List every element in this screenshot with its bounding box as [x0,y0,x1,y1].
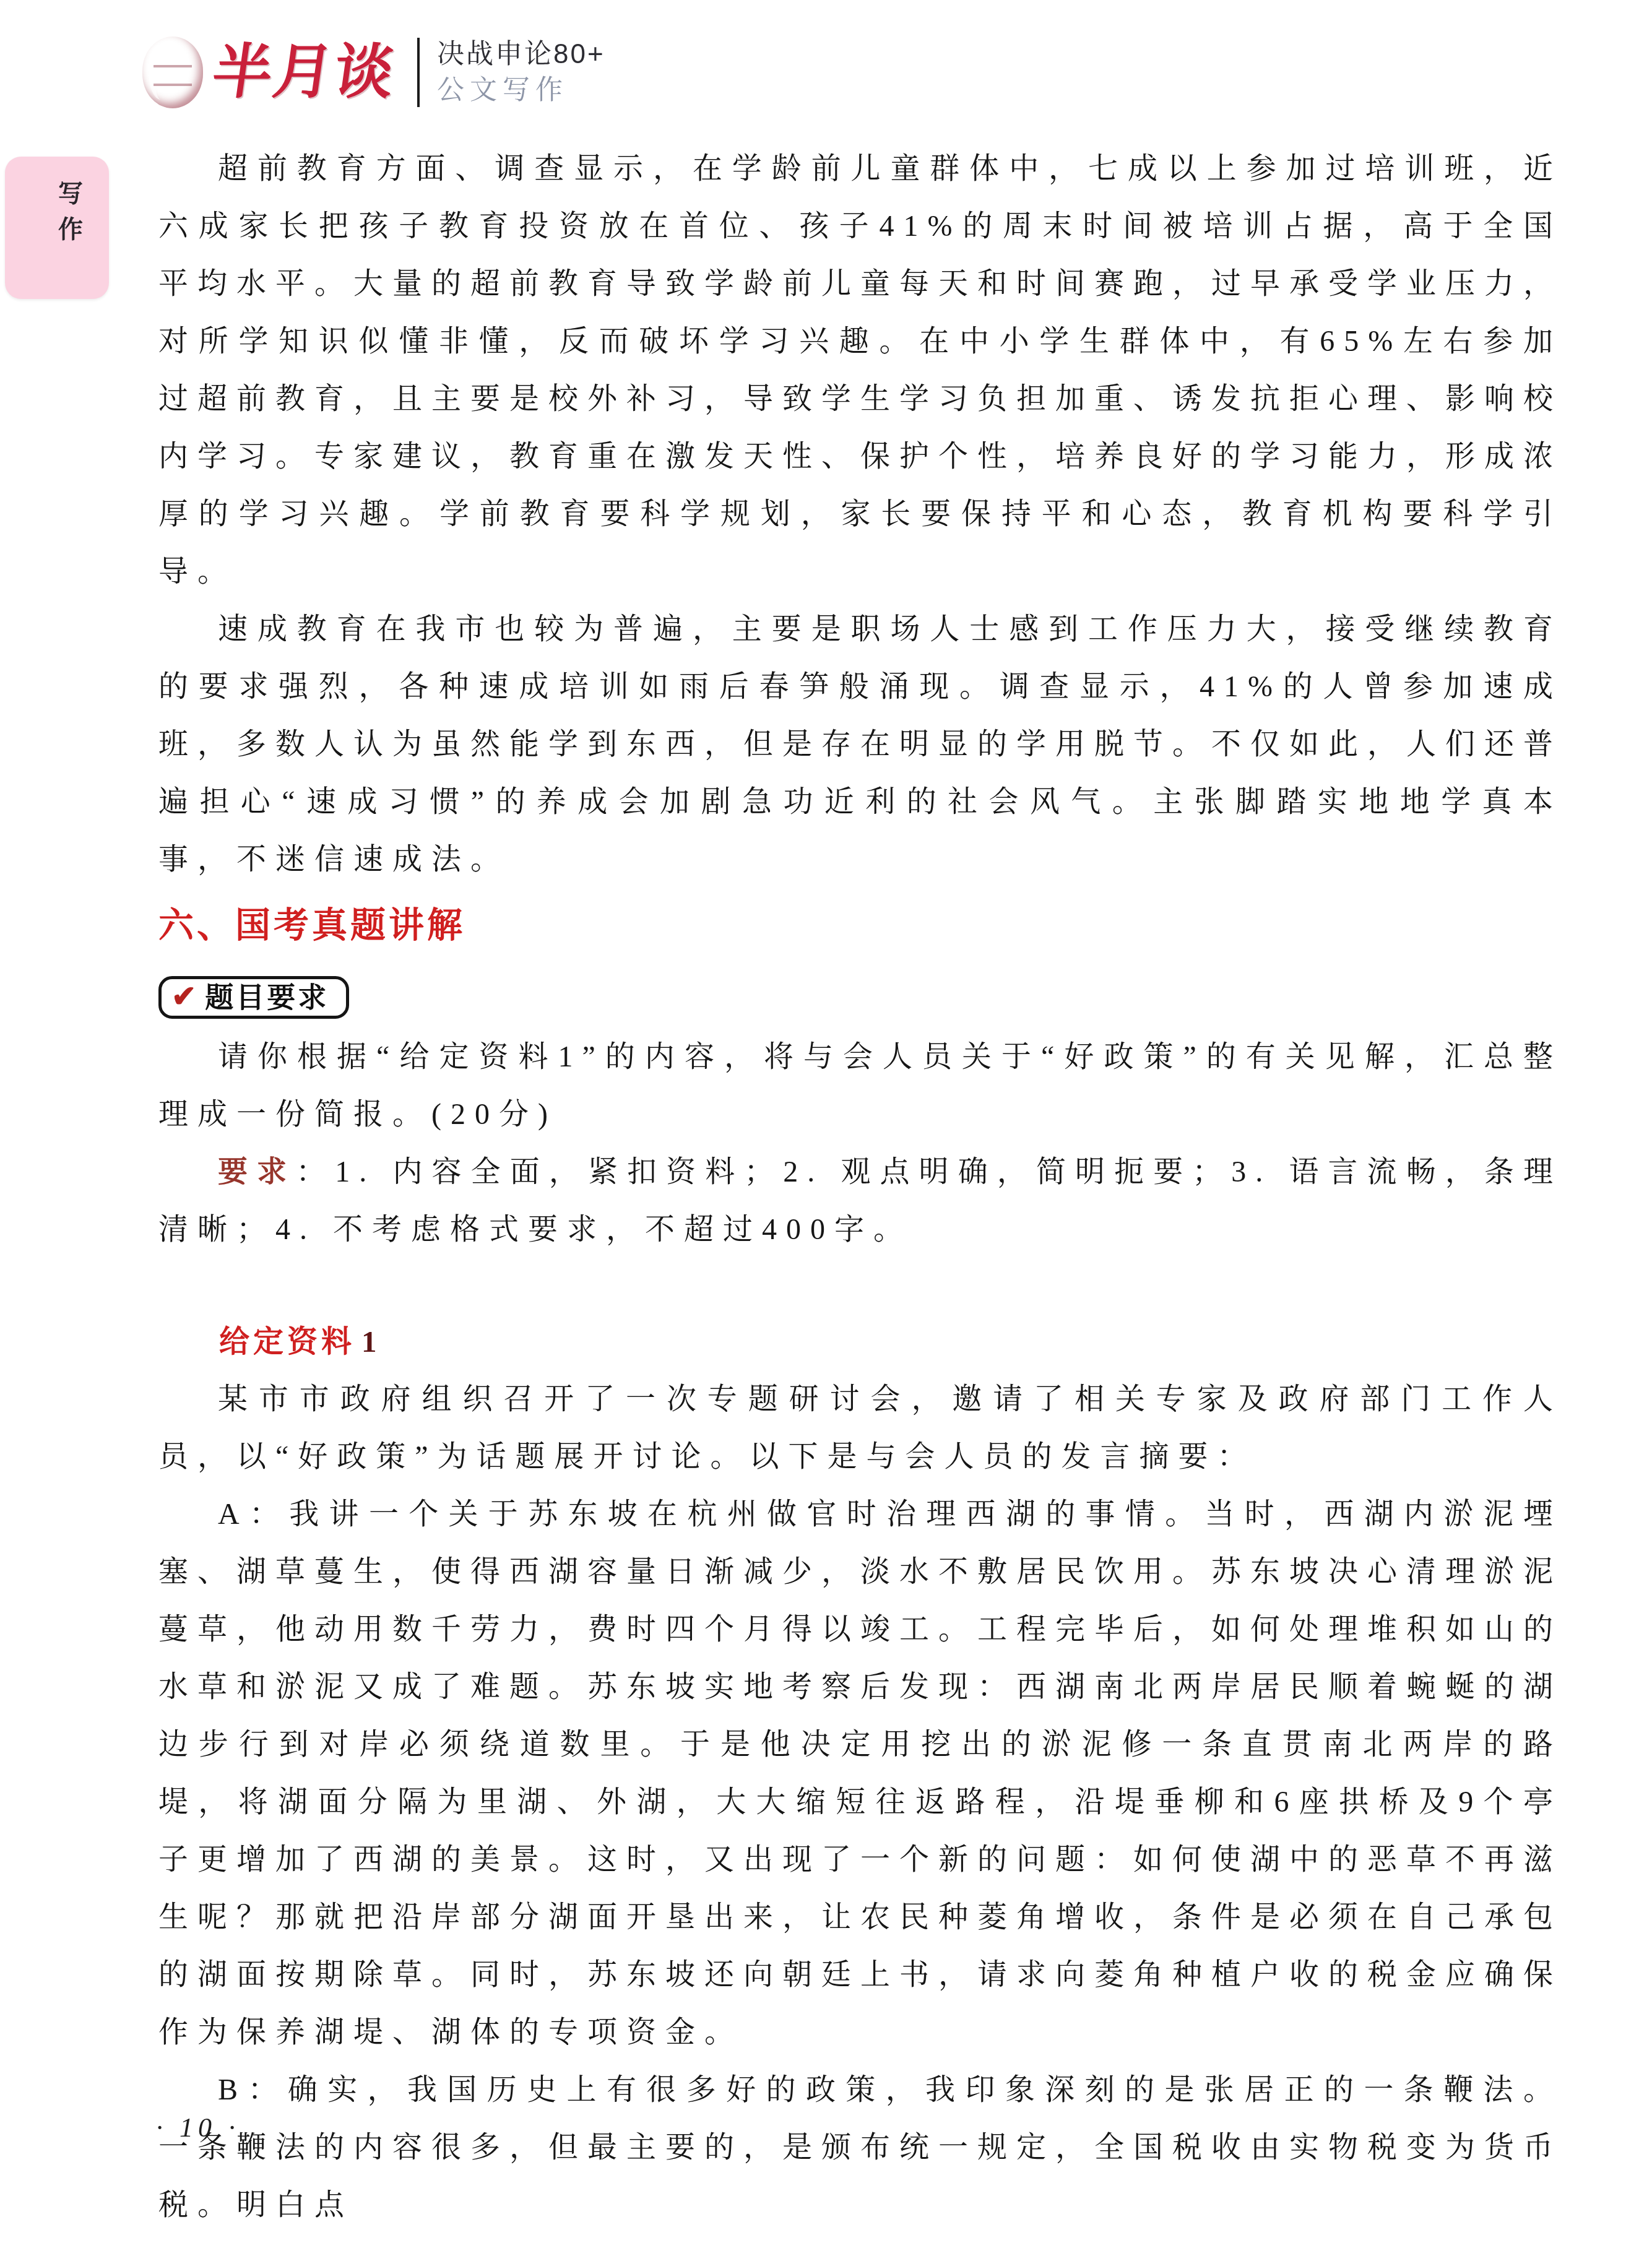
question-block: 请你根据“给定资料1”的内容，将与会人员关于“好政策”的有关见解，汇总整理成一份… [158,1028,1562,1258]
speaker-b-paragraph: B：确实，我国历史上有很多好的政策，我印象深刻的是张居正的一条鞭法。一条鞭法的内… [158,2061,1562,2234]
section-heading: 六、国考真题讲解 [158,903,1562,949]
side-tab-char-2: 作 [58,217,83,242]
material-heading: 给定资料1 [158,1313,1562,1370]
paragraph-advance-education: 超前教育方面、调查显示，在学龄前儿童群体中，七成以上参加过培训班，近六成家长把孩… [158,140,1562,600]
book-page: 半月谈 决战申论80+ 公文写作 写 作 超前教育方面、调查显示，在学龄前儿童群… [0,0,1652,2248]
question-task: 请你根据“给定资料1”的内容，将与会人员关于“好政策”的有关见解，汇总整理成一份… [158,1028,1562,1143]
series-title: 决战申论80+ [437,40,605,69]
material-heading-text: 给定资料 [219,1325,355,1359]
question-requirements: 要求：1. 内容全面，紧扣资料；2. 观点明确，简明扼要；3. 语言流畅，条理清… [158,1143,1562,1258]
chapter-side-tab: 写 作 [5,157,109,299]
paragraph-crash-education: 速成教育在我市也较为普遍，主要是职场人士感到工作压力大，接受继续教育的要求强烈，… [158,600,1562,888]
banyuetan-logo-icon [142,37,203,108]
material-heading-number: 1 [361,1325,381,1359]
book-subtitle: 公文写作 [437,76,605,105]
material-intro: 某市市政府组织召开了一次专题研讨会，邀请了相关专家及政府部门工作人员，以“好政策… [158,1370,1562,1485]
page-number: · 10 · [156,2112,240,2143]
badge-row: ✔ 题目要求 [158,976,1562,1019]
brand-logotype: 半月谈 [209,43,399,102]
question-requirement-badge: ✔ 题目要求 [158,976,349,1019]
checkmark-icon: ✔ [171,982,196,1012]
side-tab-label: 写 作 [58,181,83,242]
side-tab-char-1: 写 [58,181,83,206]
text-column: 超前教育方面、调查显示，在学龄前儿童群体中，七成以上参加过培训班，近六成家长把孩… [158,140,1562,2234]
requirements-text: ：1. 内容全面，紧扣资料；2. 观点明确，简明扼要；3. 语言流畅，条理清晰；… [158,1156,1562,1246]
page-header: 半月谈 决战申论80+ 公文写作 [142,32,605,113]
badge-label: 题目要求 [205,982,329,1013]
header-taglines: 决战申论80+ 公文写作 [437,38,605,106]
speaker-a-paragraph: A：我讲一个关于苏东坡在杭州做官时治理西湖的事情。当时，西湖内淤泥堙塞、湖草蔓生… [158,1485,1562,2061]
header-divider [417,38,420,107]
requirements-label: 要求 [218,1156,296,1188]
